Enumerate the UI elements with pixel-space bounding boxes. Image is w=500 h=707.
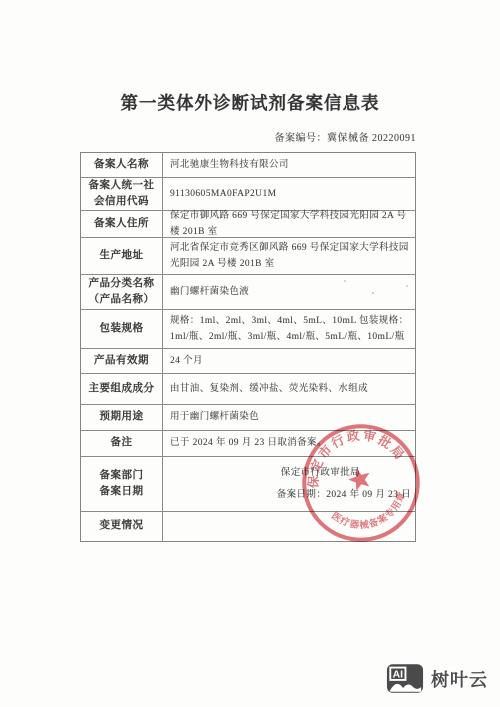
- row-value: 24 个月: [163, 349, 415, 373]
- row-value: 河北省保定市竞秀区御风路 669 号保定国家大学科技园光阳园 2A 号楼 201…: [163, 238, 415, 274]
- row-label: 备案部门 备案日期: [81, 457, 163, 511]
- row-label: 备注: [81, 431, 163, 456]
- row-value: 用于幽门螺杆菌染色: [163, 405, 415, 430]
- row-label: 产品分类名称 （产品名称）: [81, 275, 163, 309]
- row-value: [163, 512, 415, 541]
- row-label: 变更情况: [81, 512, 163, 541]
- filing-number: 备案编号：冀保械备 20220091: [80, 129, 416, 144]
- ai-image-icon: AI: [386, 663, 424, 694]
- table-row-change-status: 变更情况: [81, 511, 415, 541]
- filing-info-table: 备案人名称 河北驰康生物科技有限公司 备案人统一社 会信用代码 91130605…: [80, 152, 416, 542]
- row-label: 主要组成成分: [81, 374, 163, 404]
- row-value: 规格：1ml、2ml、3ml、4ml、5mL、10mL 包装规格：1ml/瓶、2…: [163, 310, 415, 348]
- brand-name: 树叶云: [431, 666, 488, 692]
- table-row: 备案人住所 保定市御风路 669 号保定国家大学科技园光阳园 2A 号楼 201…: [81, 210, 415, 237]
- row-value: 91130605MA0FAP2U1M: [163, 178, 415, 210]
- row-label: 产品有效期: [81, 349, 163, 373]
- page-title: 第一类体外诊断试剂备案信息表: [60, 90, 440, 115]
- scan-speck: [372, 292, 374, 294]
- filing-department: 保定市行政审批局: [281, 465, 360, 481]
- table-row: 备案人统一社 会信用代码 91130605MA0FAP2U1M: [81, 177, 415, 210]
- table-row: 预期用途 用于幽门螺杆菌染色: [81, 404, 415, 430]
- row-value: 保定市御风路 669 号保定国家大学科技园光阳园 2A 号楼 201B 室: [163, 211, 415, 237]
- row-value: 幽门螺杆菌染色液: [163, 275, 415, 309]
- table-row: 主要组成成分 由甘油、复染剂、缓冲盐、荧光染料、水组成: [81, 373, 415, 404]
- row-value: 已于 2024 年 09 月 23 日取消备案。: [163, 431, 415, 456]
- row-label: 备案人统一社 会信用代码: [81, 178, 163, 210]
- filing-date: 备案日期：2024 年 09 月 23 日: [277, 487, 411, 503]
- row-label: 包装规格: [81, 310, 163, 348]
- table-row: 包装规格 规格：1ml、2ml、3ml、4ml、5mL、10mL 包装规格：1m…: [81, 309, 415, 348]
- row-label: 备案人住所: [81, 211, 163, 237]
- table-row-filing-department: 备案部门 备案日期 保定市行政审批局 备案日期：2024 年 09 月 23 日: [81, 456, 415, 511]
- row-label: 备案人名称: [81, 153, 163, 177]
- row-value: 由甘油、复染剂、缓冲盐、荧光染料、水组成: [163, 374, 415, 404]
- row-value: 保定市行政审批局 备案日期：2024 年 09 月 23 日: [163, 457, 415, 511]
- scan-speck: [406, 285, 408, 287]
- table-row: 产品分类名称 （产品名称） 幽门螺杆菌染色液: [81, 274, 415, 309]
- ai-icon-label: AI: [393, 669, 404, 680]
- table-row: 备注 已于 2024 年 09 月 23 日取消备案。: [81, 430, 415, 456]
- table-row: 生产地址 河北省保定市竞秀区御风路 669 号保定国家大学科技园光阳园 2A 号…: [81, 237, 415, 274]
- brand-watermark: AI 树叶云: [386, 663, 488, 694]
- table-row: 备案人名称 河北驰康生物科技有限公司: [81, 153, 415, 177]
- row-label: 预期用途: [81, 405, 163, 430]
- scan-speck: [344, 280, 346, 282]
- row-label: 生产地址: [81, 238, 163, 274]
- scanned-document-page: 第一类体外诊断试剂备案信息表 备案编号：冀保械备 20220091 备案人名称 …: [0, 0, 500, 707]
- table-row: 产品有效期 24 个月: [81, 348, 415, 373]
- row-value: 河北驰康生物科技有限公司: [163, 153, 415, 177]
